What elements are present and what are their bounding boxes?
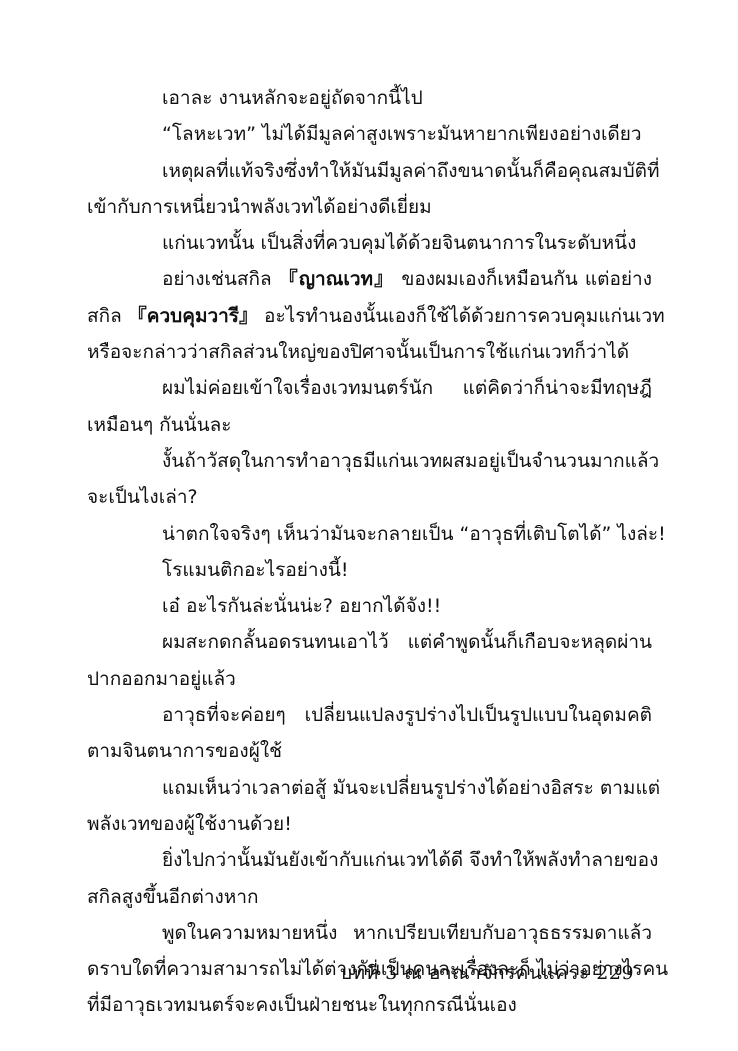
text-segment: แก่นเวทนั้น เป็นสิ่งที่ควบคุมได้ด้วยจินต… [162, 232, 636, 254]
text-segment: อะไรทำนองนั้นเองก็ใช้ได้ด้วยการควบคุมแก่… [258, 305, 665, 327]
text-line: ยิ่งไปกว่านั้นมันยังเข้ากับแก่นเวทได้ดี … [87, 842, 652, 878]
text-segment: พลังเวทของผู้ใช้งานด้วย! [87, 813, 292, 835]
text-line: ผมสะกดกลั้นอดรนทนเอาไว้ แต่คำพูดนั้นก็เก… [87, 624, 652, 660]
text-segment: เหมือนๆ กันนั่นละ [87, 414, 232, 436]
text-segment: อย่างเช่นสกิล [162, 268, 279, 290]
text-line: น่าตกใจจริงๆ เห็นว่ามันจะกลายเป็น “อาวุธ… [87, 516, 652, 552]
text-line: งั้นถ้าวัสดุในการทำอาวุธมีแก่นเวทผสมอยู่… [87, 443, 652, 479]
text-line: แถมเห็นว่าเวลาต่อสู้ มันจะเปลี่ยนรูปร่าง… [87, 770, 652, 806]
text-segment: สกิล [87, 305, 128, 327]
text-line: แก่นเวทนั้น เป็นสิ่งที่ควบคุมได้ด้วยจินต… [87, 225, 652, 261]
text-line: จะเป็นไงเล่า? [87, 479, 652, 515]
text-segment: ปากออกมาอยู่แล้ว [87, 668, 236, 690]
text-segment: ของผมเองก็เหมือนกัน แต่อย่าง [394, 268, 652, 290]
book-page: เอาละ งานหลักจะอยู่ถัดจากนี้ไป“โลหะเวท” … [0, 0, 738, 1051]
text-segment: เข้ากับการเหนี่ยวนำพลังเวทได้อย่างดีเยี่… [87, 196, 432, 218]
chapter-label: บทที่ 3 ณ อาณาจักรคนแคระ [340, 962, 590, 984]
text-line: เอ๋ อะไรกันล่ะนั่นน่ะ? อยากได้จัง!! [87, 588, 652, 624]
text-line: สกิล 『ควบคุมวารี』 อะไรทำนองนั้นเองก็ใช้ไ… [87, 298, 652, 334]
text-segment: “โลหะเวท” ไม่ได้มีมูลค่าสูงเพราะมันหายาก… [162, 123, 642, 145]
text-line: ปากออกมาอยู่แล้ว [87, 661, 652, 697]
text-line: เหตุผลที่แท้จริงซึ่งทำให้มันมีมูลค่าถึงข… [87, 153, 652, 189]
text-segment: อาวุธที่จะค่อยๆ เปลี่ยนแปลงรูปร่างไปเป็น… [162, 704, 652, 726]
text-segment: เอาละ งานหลักจะอยู่ถัดจากนี้ไป [162, 87, 423, 109]
text-segment: จะเป็นไงเล่า? [87, 486, 198, 508]
text-segment: พูดในความหมายหนึ่ง หากเปรียบเทียบกับอาวุ… [162, 922, 652, 944]
text-line: พลังเวทของผู้ใช้งานด้วย! [87, 806, 652, 842]
text-segment: เอ๋ อะไรกันล่ะนั่นน่ะ? อยากได้จัง!! [162, 595, 441, 617]
text-segment: น่าตกใจจริงๆ เห็นว่ามันจะกลายเป็น “อาวุธ… [162, 523, 666, 545]
page-number: 229 [596, 962, 634, 984]
text-segment: งั้นถ้าวัสดุในการทำอาวุธมีแก่นเวทผสมอยู่… [162, 450, 659, 472]
text-segment: เหตุผลที่แท้จริงซึ่งทำให้มันมีมูลค่าถึงข… [162, 160, 660, 182]
text-line: โรแมนติกอะไรอย่างนี้! [87, 552, 652, 588]
text-line: อย่างเช่นสกิล 『ญาณเวท』 ของผมเองก็เหมือนก… [87, 261, 652, 297]
text-segment: ผมสะกดกลั้นอดรนทนเอาไว้ แต่คำพูดนั้นก็เก… [162, 631, 652, 653]
text-segment: แถมเห็นว่าเวลาต่อสู้ มันจะเปลี่ยนรูปร่าง… [162, 777, 660, 799]
text-segment: ตามจินตนาการของผู้ใช้ [87, 740, 282, 762]
text-line: สกิลสูงขึ้นอีกต่างหาก [87, 879, 652, 915]
text-line: ผมไม่ค่อยเข้าใจเรื่องเวทมนตร์นัก แต่คิดว… [87, 370, 652, 406]
text-segment: สกิลสูงขึ้นอีกต่างหาก [87, 886, 259, 908]
text-line: “โลหะเวท” ไม่ได้มีมูลค่าสูงเพราะมันหายาก… [87, 116, 652, 152]
text-line: เหมือนๆ กันนั่นละ [87, 407, 652, 443]
text-line: ตามจินตนาการของผู้ใช้ [87, 733, 652, 769]
text-line: เข้ากับการเหนี่ยวนำพลังเวทได้อย่างดีเยี่… [87, 189, 652, 225]
text-line: เอาละ งานหลักจะอยู่ถัดจากนี้ไป [87, 80, 652, 116]
skill-name: 『ญาณเวท』 [279, 268, 394, 290]
text-line: หรือจะกล่าวว่าสกิลส่วนใหญ่ของปิศาจนั้นเป… [87, 334, 652, 370]
text-segment: ที่มีอาวุธเวทมนตร์จะคงเป็นฝ่ายชนะในทุกกร… [87, 994, 517, 1016]
text-line: พูดในความหมายหนึ่ง หากเปรียบเทียบกับอาวุ… [87, 915, 652, 951]
text-segment: โรแมนติกอะไรอย่างนี้! [162, 559, 348, 581]
body-text: เอาละ งานหลักจะอยู่ถัดจากนี้ไป“โลหะเวท” … [87, 80, 652, 1024]
text-segment: หรือจะกล่าวว่าสกิลส่วนใหญ่ของปิศาจนั้นเป… [87, 341, 629, 363]
text-line: อาวุธที่จะค่อยๆ เปลี่ยนแปลงรูปร่างไปเป็น… [87, 697, 652, 733]
text-segment: ยิ่งไปกว่านั้นมันยังเข้ากับแก่นเวทได้ดี … [162, 849, 658, 871]
text-line: ที่มีอาวุธเวทมนตร์จะคงเป็นฝ่ายชนะในทุกกร… [87, 987, 652, 1023]
skill-name: 『ควบคุมวารี』 [128, 305, 258, 327]
page-footer: บทที่ 3 ณ อาณาจักรคนแคระ 229 [340, 958, 634, 988]
text-segment: ผมไม่ค่อยเข้าใจเรื่องเวทมนตร์นัก แต่คิดว… [162, 377, 652, 399]
